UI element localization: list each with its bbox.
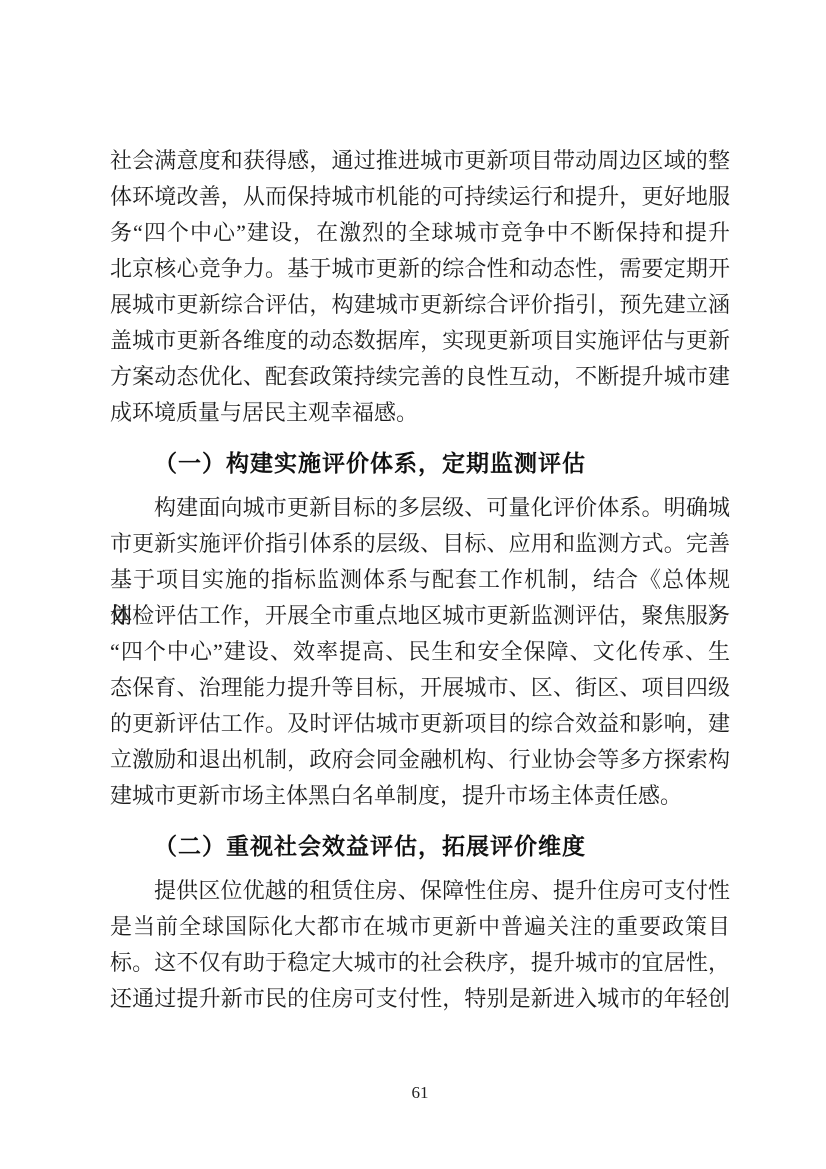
- document-page: 社会满意度和获得感，通过推进城市更新项目带动周边区域的整体环境改善，从而保持城市…: [0, 0, 826, 1169]
- text-line: 构建面向城市更新目标的多层级、可量化评价体系。明确城: [110, 490, 730, 526]
- text-line: 立激励和退出机制，政府会同金融机构、行业协会等多方探索构: [110, 742, 730, 778]
- paragraph: 社会满意度和获得感，通过推进城市更新项目带动周边区域的整体环境改善，从而保持城市…: [110, 143, 730, 431]
- text-line: “四个中心”建设、效率提高、民生和安全保障、文化传承、生: [110, 634, 730, 670]
- text-line: 建城市更新市场主体黑白名单制度，提升市场主体责任感。: [110, 778, 730, 814]
- text-line: 提供区位优越的租赁住房、保障性住房、提升住房可支付性: [110, 873, 730, 909]
- text-line: 成环境质量与居民主观幸福感。: [110, 395, 730, 431]
- text-line: 体检评估工作，开展全市重点地区城市更新监测评估，聚焦服务: [110, 598, 730, 634]
- text-line: 标。这不仅有助于稳定大城市的社会秩序，提升城市的宜居性，: [110, 945, 730, 981]
- paragraph: 提供区位优越的租赁住房、保障性住房、提升住房可支付性是当前全球国际化大都市在城市…: [110, 873, 730, 1017]
- paragraph: 构建面向城市更新目标的多层级、可量化评价体系。明确城市更新实施评价指引体系的层级…: [110, 490, 730, 814]
- text-line: 社会满意度和获得感，通过推进城市更新项目带动周边区域的整: [110, 143, 730, 179]
- text-line: 的更新评估工作。及时评估城市更新项目的综合效益和影响，建: [110, 706, 730, 742]
- page-number: 61: [110, 1081, 730, 1105]
- text-line: 体环境改善，从而保持城市机能的可持续运行和提升，更好地服: [110, 179, 730, 215]
- text-line: 方案动态优化、配套政策持续完善的良性互动，不断提升城市建: [110, 359, 730, 395]
- section-heading: （一）构建实施评价体系，定期监测评估: [110, 445, 730, 481]
- text-line: 展城市更新综合评估，构建城市更新综合评价指引，预先建立涵: [110, 287, 730, 323]
- text-line: 务“四个中心”建设，在激烈的全球城市竞争中不断保持和提升: [110, 215, 730, 251]
- text-line: 北京核心竞争力。基于城市更新的综合性和动态性，需要定期开: [110, 251, 730, 287]
- text-line: 盖城市更新各维度的动态数据库，实现更新项目实施评估与更新: [110, 323, 730, 359]
- section-heading: （二）重视社会效益评估，拓展评价维度: [110, 828, 730, 864]
- text-line: 市更新实施评价指引体系的层级、目标、应用和监测方式。完善: [110, 526, 730, 562]
- document-body: 社会满意度和获得感，通过推进城市更新项目带动周边区域的整体环境改善，从而保持城市…: [110, 143, 730, 1017]
- text-line: 是当前全球国际化大都市在城市更新中普遍关注的重要政策目: [110, 909, 730, 945]
- text-line: 态保育、治理能力提升等目标，开展城市、区、街区、项目四级: [110, 670, 730, 706]
- text-line: 还通过提升新市民的住房可支付性，特别是新进入城市的年轻创: [110, 981, 730, 1017]
- text-line: 基于项目实施的指标监测体系与配套工作机制，结合《总体规划》: [110, 562, 730, 598]
